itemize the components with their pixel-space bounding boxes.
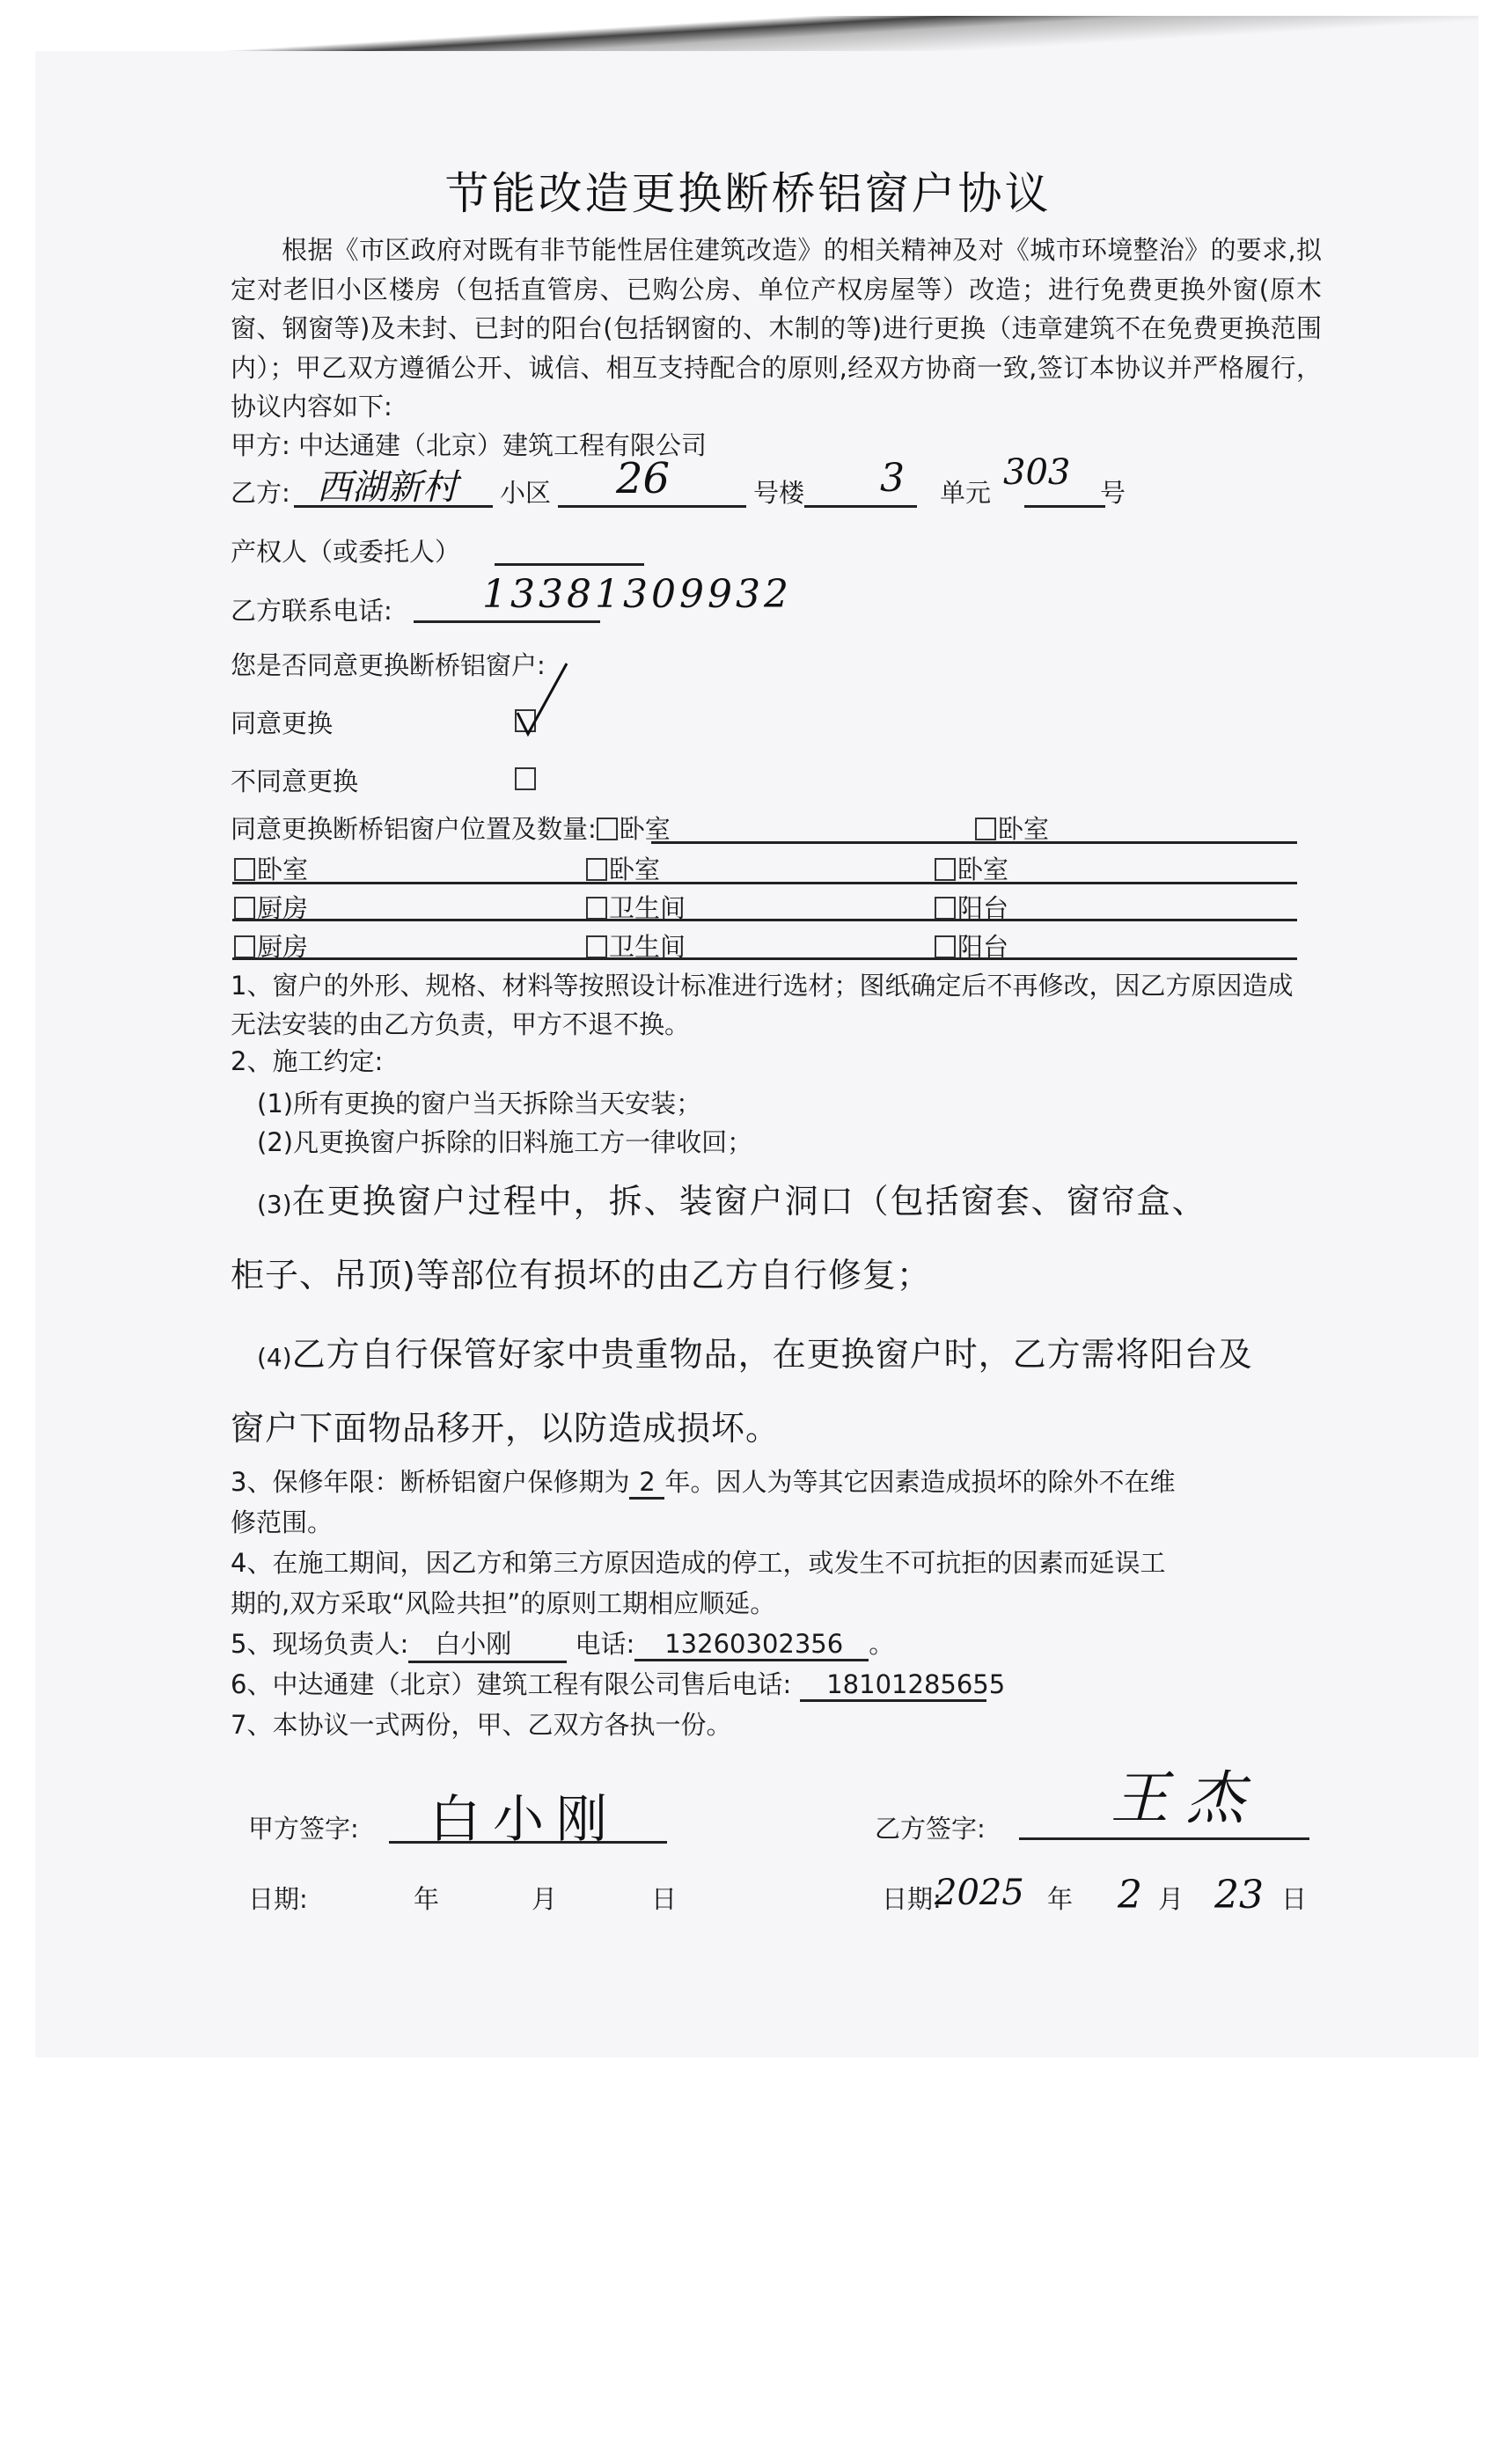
loc-item: 卧室 bbox=[586, 850, 660, 886]
clause-2-title: 2、施工约定: bbox=[231, 1042, 383, 1078]
clause-2-3: (3)在更换窗户过程中，拆、装窗户洞口（包括窗套、窗帘盒、 bbox=[257, 1174, 1207, 1222]
loc-checkbox[interactable] bbox=[234, 858, 255, 881]
loc-checkbox[interactable] bbox=[586, 897, 607, 920]
clause-5-phone-label: 电话: bbox=[575, 1629, 634, 1659]
loc-checkbox[interactable] bbox=[935, 935, 956, 958]
party-b-label: 乙方: bbox=[231, 473, 290, 510]
owner-underline bbox=[495, 563, 644, 566]
party-a-day-label: 日 bbox=[651, 1880, 677, 1916]
row-rule bbox=[232, 882, 1297, 884]
warranty-years: 2 bbox=[629, 1467, 664, 1500]
clause-5-end: 。 bbox=[869, 1629, 894, 1659]
clause-3-cont: 修范围。 bbox=[231, 1503, 333, 1539]
clause-3: 3、保修年限：断桥铝窗户保修期为2年。因人为等其它因素造成损坏的除外不在维 bbox=[231, 1463, 1175, 1500]
clause-2-4: (4)乙方自行保管好家中贵重物品，在更换窗户时，乙方需将阳台及 bbox=[257, 1327, 1253, 1375]
loc-checkbox[interactable] bbox=[597, 818, 618, 840]
loc-checkbox[interactable] bbox=[935, 897, 956, 920]
clause-2-4-cont: 窗户下面物品移开，以防造成损坏。 bbox=[231, 1401, 780, 1449]
room-label: 号 bbox=[1100, 473, 1126, 510]
party-b-month[interactable]: 2 bbox=[1118, 1873, 1142, 1918]
clause-5-label: 5、现场负责人: bbox=[231, 1629, 408, 1659]
row-rule bbox=[651, 841, 1297, 844]
building-underline bbox=[558, 505, 746, 508]
party-b-year[interactable]: 2025 bbox=[935, 1873, 1024, 1913]
party-b-day-label: 日 bbox=[1281, 1880, 1307, 1916]
party-a-sign-line bbox=[389, 1841, 667, 1844]
owner-field[interactable] bbox=[495, 532, 644, 562]
owner-label: 产权人（或委托人） bbox=[231, 532, 460, 568]
party-b-year-label: 年 bbox=[1047, 1880, 1073, 1916]
party-b-sign-line bbox=[1019, 1837, 1309, 1840]
clause-3-post: 年。因人为等其它因素造成损坏的除外不在维 bbox=[664, 1467, 1175, 1497]
loc-checkbox[interactable] bbox=[234, 935, 255, 958]
page-title: 节能改造更换断桥铝窗户协议 bbox=[0, 158, 1496, 222]
after-sales-phone: 18101285655 bbox=[800, 1669, 986, 1702]
loc-checkbox[interactable] bbox=[935, 858, 956, 881]
party-b-signature[interactable]: 王杰 bbox=[1111, 1751, 1262, 1835]
party-a-sign-label: 甲方签字: bbox=[248, 1809, 359, 1845]
building-field[interactable]: 26 bbox=[616, 454, 670, 503]
clause-2-2: (2)凡更换窗户拆除的旧料施工方一律收回； bbox=[257, 1123, 752, 1159]
unit-field[interactable]: 3 bbox=[880, 456, 905, 501]
party-a-year-label: 年 bbox=[414, 1880, 439, 1916]
clause-4-cont: 期的,双方采取“风险共担”的原则工期相应顺延。 bbox=[231, 1584, 775, 1620]
site-manager-name: 白小刚 bbox=[408, 1624, 567, 1663]
unit-underline bbox=[804, 505, 917, 508]
loc-option: 卧室 bbox=[257, 854, 308, 884]
party-b-date-label: 日期: bbox=[882, 1880, 942, 1916]
scan-edge-shadow bbox=[35, 16, 1478, 51]
loc-checkbox[interactable] bbox=[975, 818, 996, 840]
clause-6-label: 6、中达通建（北京）建筑工程有限公司售后电话: bbox=[231, 1669, 791, 1699]
clause-2-4-prefix: (4) bbox=[257, 1343, 292, 1372]
room-field[interactable]: 303 bbox=[1003, 452, 1070, 493]
party-a-date-label: 日期: bbox=[248, 1880, 308, 1916]
preamble-text: 根据《市区政府对既有非节能性居住建筑改造》的相关精神及对《城市环境整治》的要求,… bbox=[231, 231, 1322, 427]
clause-7: 7、本协议一式两份，甲、乙双方各执一份。 bbox=[231, 1705, 731, 1742]
loc-item: 卧室 bbox=[935, 850, 1008, 886]
party-b-month-label: 月 bbox=[1158, 1880, 1184, 1916]
loc-option: 卧室 bbox=[957, 854, 1008, 884]
loc-option: 卧室 bbox=[998, 814, 1049, 844]
consent-disagree-label: 不同意更换 bbox=[231, 762, 358, 798]
clause-2-3-cont: 柜子、吊顶)等部位有损坏的由乙方自行修复； bbox=[231, 1248, 931, 1296]
loc-item: 卧室 bbox=[234, 850, 308, 886]
phone-label: 乙方联系电话: bbox=[231, 591, 392, 627]
party-b-sign-label: 乙方签字: bbox=[875, 1809, 986, 1845]
clause-3-pre: 3、保修年限：断桥铝窗户保修期为 bbox=[231, 1467, 629, 1497]
building-label: 号楼 bbox=[753, 473, 804, 510]
community-label: 小区 bbox=[500, 473, 551, 510]
clause-4: 4、在施工期间，因乙方和第三方原因造成的停工，或发生不可抗拒的因素而延误工 bbox=[231, 1544, 1165, 1580]
row-rule bbox=[232, 957, 1297, 960]
clause-2-4-text: 乙方自行保管好家中贵重物品，在更换窗户时，乙方需将阳台及 bbox=[292, 1335, 1253, 1374]
consent-question: 您是否同意更换断桥铝窗户: bbox=[231, 646, 546, 682]
loc-option: 卧室 bbox=[620, 814, 671, 844]
loc-checkbox[interactable] bbox=[586, 935, 607, 958]
clause-2-1: (1)所有更换的窗户当天拆除当天安装； bbox=[257, 1084, 701, 1120]
room-underline bbox=[1024, 505, 1105, 508]
loc-option: 卧室 bbox=[609, 854, 660, 884]
phone-field[interactable]: 13381309932 bbox=[482, 572, 792, 617]
loc-checkbox[interactable] bbox=[234, 897, 255, 920]
community-underline bbox=[294, 505, 493, 508]
checkmark-icon bbox=[512, 660, 591, 739]
party-b-day[interactable]: 23 bbox=[1214, 1873, 1264, 1918]
clause-2-3-text: 在更换窗户过程中，拆、装窗户洞口（包括窗套、窗帘盒、 bbox=[292, 1182, 1207, 1221]
clause-1: 1、窗户的外形、规格、材料等按照设计标准进行选材；图纸确定后不再修改，因乙方原因… bbox=[231, 966, 1304, 1044]
clause-2-3-prefix: (3) bbox=[257, 1190, 292, 1219]
unit-label: 单元 bbox=[940, 473, 991, 510]
clause-6: 6、中达通建（北京）建筑工程有限公司售后电话:18101285655 bbox=[231, 1665, 986, 1702]
loc-checkbox[interactable] bbox=[586, 858, 607, 881]
site-manager-phone: 13260302356 bbox=[634, 1629, 869, 1661]
party-a-label: 甲方: bbox=[231, 430, 290, 460]
loc-item: 卧室 bbox=[975, 810, 1049, 846]
consent-disagree-checkbox[interactable] bbox=[515, 767, 536, 790]
locations-label: 同意更换断桥铝窗户位置及数量:卧室 bbox=[231, 810, 671, 846]
party-a-month-label: 月 bbox=[532, 1880, 557, 1916]
clause-5: 5、现场负责人:白小刚 电话:13260302356。 bbox=[231, 1624, 894, 1663]
row-rule bbox=[232, 919, 1297, 921]
phone-underline bbox=[414, 620, 600, 623]
consent-agree-label: 同意更换 bbox=[231, 704, 333, 740]
locations-label-text: 同意更换断桥铝窗户位置及数量: bbox=[231, 814, 597, 844]
community-field[interactable]: 西湖新村 bbox=[317, 459, 458, 510]
